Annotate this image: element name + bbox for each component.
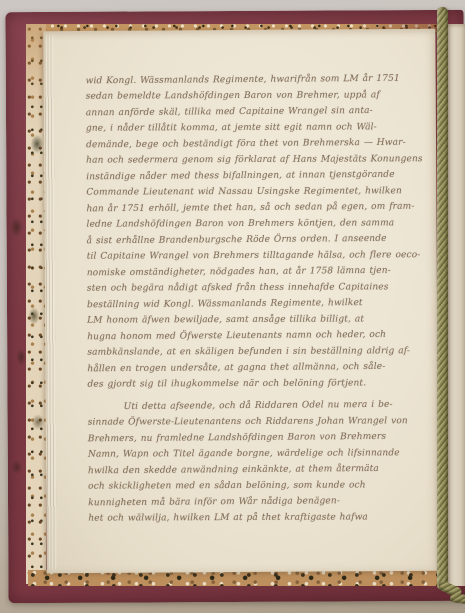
paragraph: Uti detta afseende, och då Riddaren Odel…	[88, 397, 434, 527]
handwriting-line: het och wälwilja, hwilken LM at på thet …	[88, 509, 433, 527]
bookmark-cord-end	[449, 593, 465, 604]
photo-background: wid Kongl. Wässmanlands Regimente, hwari…	[0, 0, 465, 613]
manuscript-page: wid Kongl. Wässmanlands Regimente, hwari…	[43, 29, 438, 573]
handwritten-text: wid Kongl. Wässmanlands Regimente, hwari…	[86, 71, 434, 533]
facing-page-edge	[447, 24, 465, 586]
stacked-sheet-edges	[44, 35, 56, 569]
bookmark-cord	[437, 7, 448, 590]
paragraph: wid Kongl. Wässmanlands Regimente, hwari…	[86, 71, 433, 393]
handwriting-line: des gjordt sig til ihugkommelse när och …	[87, 375, 432, 393]
